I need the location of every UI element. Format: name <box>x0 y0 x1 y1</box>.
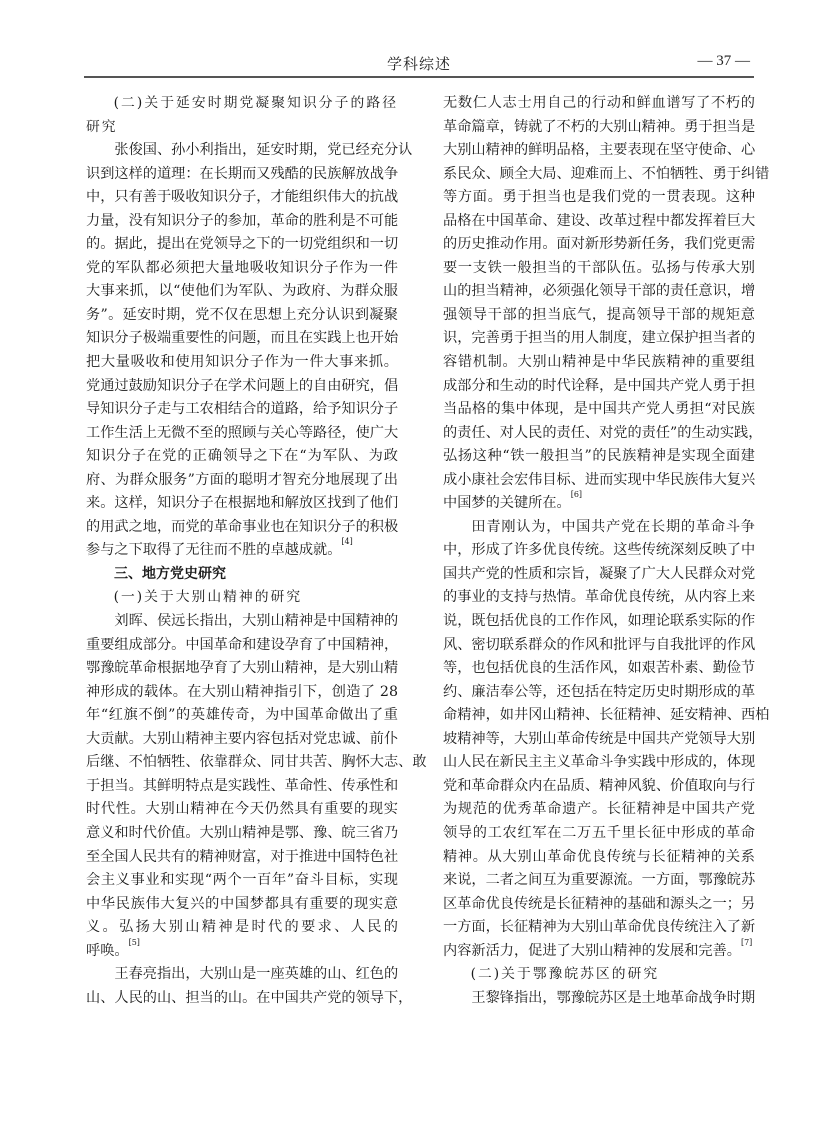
text-line: 知识分子在党的正确领导之下在“为军队、为政 <box>86 445 398 469</box>
text-line: 革命篇章，铸就了不朽的大别山精神。勇于担当是 <box>443 116 755 140</box>
text-line: 三、地方党史研究 <box>86 563 398 587</box>
page-header: 学科综述 — 37 — <box>84 0 754 78</box>
text-line: 约、廉洁奉公等，还包括在特定历史时期形成的革 <box>443 681 755 705</box>
section-heading: 三、地方党史研究 <box>86 563 398 587</box>
text-line: 弘扬这种“铁一般担当”的民族精神是实现全面建 <box>443 445 755 469</box>
text-line: 坡精神等，大别山革命传统是中国共产党领导大别 <box>443 728 755 752</box>
text-line: 工作生活上无微不至的照顾与关心等路径，使广大 <box>86 422 398 446</box>
text-line: 的用武之地，而党的革命事业也在知识分子的积极 <box>86 516 398 540</box>
text-line: 领导的工农红军在二万五千里长征中形成的革命 <box>443 822 755 846</box>
text-line: 山、人民的山、担当的山。在中国共产党的领导下， <box>86 987 398 1011</box>
text-line: 大事来抓，以“使他们为军队、为政府、为群众服 <box>86 280 398 304</box>
text-line: 意义和时代价值。大别山精神是鄂、豫、皖三省乃 <box>86 822 398 846</box>
text-line: 精神。从大别山革命优良传统与长征精神的关系 <box>443 846 755 870</box>
text-line: 把大量吸收和使用知识分子作为一件大事来抓。 <box>86 351 398 375</box>
text-line: 时代性。大别山精神在今天仍然具有重要的现实 <box>86 798 398 822</box>
text-line: 等，也包括优良的生活作风，如艰苦朴素、勤俭节 <box>443 657 755 681</box>
text-line: 刘晖、侯远长指出，大别山精神是中国精神的 <box>86 610 398 634</box>
left-column: (二)关于延安时期党凝聚知识分子的路径研究张俊国、孙小利指出，延安时期，党已经充… <box>86 92 398 1010</box>
text-line: 的。据此，提出在党领导之下的一切党组织和一切 <box>86 233 398 257</box>
text-line: 的责任、对人民的责任、对党的责任”的生动实践， <box>443 422 755 446</box>
text-line: 品格在中国革命、建设、改革过程中都发挥着巨大 <box>443 210 755 234</box>
text-line: 党通过鼓励知识分子在学术问题上的自由研究，倡 <box>86 375 398 399</box>
subsection-heading: (二)关于鄂豫皖苏区的研究 <box>443 963 755 987</box>
text-line: 的历史推动作用。面对新形势新任务，我们党更需 <box>443 233 755 257</box>
text-line: (一)关于大别山精神的研究 <box>86 586 398 610</box>
paragraph: 王春亮指出，大别山是一座英雄的山、红色的山、人民的山、担当的山。在中国共产党的领… <box>86 963 398 1010</box>
text-line: 府、为群众服务”方面的聪明才智充分地展现了出 <box>86 469 398 493</box>
paragraph: 王黎锋指出，鄂豫皖苏区是土地革命战争时期 <box>443 987 755 1011</box>
text-line: 中国梦的关键所在。[6] <box>443 492 755 516</box>
text-line: 识，完善勇于担当的用人制度，建立保护担当者的 <box>443 327 755 351</box>
text-line: 党的军队都必须把大量地吸收知识分子作为一件 <box>86 257 398 281</box>
text-line: 大别山精神的鲜明品格，主要表现在坚守使命、心 <box>443 139 755 163</box>
text-line: 国共产党的性质和宗旨，凝聚了广大人民群众对党 <box>443 563 755 587</box>
text-line: 无数仁人志士用自己的行动和鲜血谱写了不朽的 <box>443 92 755 116</box>
text-line: 张俊国、孙小利指出，延安时期，党已经充分认 <box>86 139 398 163</box>
text-line: 义。弘扬大别山精神是时代的要求、人民的 <box>86 916 398 940</box>
text-line: 知识分子极端重要性的问题，而且在实践上也开始 <box>86 327 398 351</box>
text-line: 来。这样，知识分子在根据地和解放区找到了他们 <box>86 492 398 516</box>
text-line: 内容新活力，促进了大别山精神的发展和完善。[7] <box>443 940 755 964</box>
text-line: 识到这样的道理：在长期而又残酷的民族解放战争 <box>86 163 398 187</box>
citation-marker: [7] <box>741 938 752 947</box>
text-line: 等方面。勇于担当也是我们党的一贯表现。这种 <box>443 186 755 210</box>
text-line: 王黎锋指出，鄂豫皖苏区是土地革命战争时期 <box>443 987 755 1011</box>
text-line: 导知识分子走与工农相结合的道路，给予知识分子 <box>86 398 398 422</box>
text-line: 神形成的载体。在大别山精神指引下，创造了 28 <box>86 681 398 705</box>
text-line: 王春亮指出，大别山是一座英雄的山、红色的 <box>86 963 398 987</box>
text-line: 中，形成了许多优良传统。这些传统深刻反映了中 <box>443 539 755 563</box>
text-line: 年“红旗不倒”的英雄传奇，为中国革命做出了重 <box>86 704 398 728</box>
text-line: (二)关于延安时期党凝聚知识分子的路径 <box>86 92 398 116</box>
text-line: 研究 <box>86 116 398 140</box>
text-line: 当品格的集中体现，是中国共产党人勇担“对民族 <box>443 398 755 422</box>
text-line: 要一支铁一般担当的干部队伍。弘扬与传承大别 <box>443 257 755 281</box>
text-line: 容错机制。大别山精神是中华民族精神的重要组 <box>443 351 755 375</box>
text-line: 呼唤。[5] <box>86 940 398 964</box>
subsection-heading: (二)关于延安时期党凝聚知识分子的路径研究 <box>86 92 398 139</box>
text-line: 强领导干部的担当底气，提高领导干部的规矩意 <box>443 304 755 328</box>
text-line: 党和革命群众内在品质、精神风貌、价值取向与行 <box>443 775 755 799</box>
text-line: 鄂豫皖革命根据地孕育了大别山精神，是大别山精 <box>86 657 398 681</box>
text-line: 务”。延安时期，党不仅在思想上充分认识到凝聚 <box>86 304 398 328</box>
paragraph: 刘晖、侯远长指出，大别山精神是中国精神的重要组成部分。中国革命和建设孕育了中国精… <box>86 610 398 963</box>
text-line: 山人民在新民主主义革命斗争实践中形成的，体现 <box>443 751 755 775</box>
text-line: 后继、不怕牺牲、依靠群众、同甘共苦、胸怀大志、敢 <box>86 751 398 775</box>
citation-marker: [4] <box>341 537 352 546</box>
text-line: 参与之下取得了无往而不胜的卓越成就。[4] <box>86 539 398 563</box>
text-line: 至全国人民共有的精神财富，对于推进中国特色社 <box>86 846 398 870</box>
citation-marker: [6] <box>571 490 582 499</box>
text-line: 一方面，长征精神为大别山革命优良传统注入了新 <box>443 916 755 940</box>
paragraph: 田青刚认为，中国共产党在长期的革命斗争中，形成了许多优良传统。这些传统深刻反映了… <box>443 516 755 963</box>
text-line: 于担当。其鲜明特点是实践性、革命性、传承性和 <box>86 775 398 799</box>
paragraph-continued: 无数仁人志士用自己的行动和鲜血谱写了不朽的革命篇章，铸就了不朽的大别山精神。勇于… <box>443 92 755 516</box>
text-line: 说，既包括优良的工作作风，如理论联系实际的作 <box>443 610 755 634</box>
text-line: 区革命优良传统是长征精神的基础和源头之一；另 <box>443 893 755 917</box>
text-line: 重要组成部分。中国革命和建设孕育了中国精神， <box>86 634 398 658</box>
text-line: 成小康社会宏伟目标、进而实现中华民族伟大复兴 <box>443 469 755 493</box>
text-line: 力量，没有知识分子的参加，革命的胜利是不可能 <box>86 210 398 234</box>
header-rule <box>84 76 754 78</box>
text-line: 成部分和生动的时代诠释，是中国共产党人勇于担 <box>443 375 755 399</box>
text-line: 来说，二者之间互为重要源流。一方面，鄂豫皖苏 <box>443 869 755 893</box>
text-line: 大贡献。大别山精神主要内容包括对党忠诚、前仆 <box>86 728 398 752</box>
text-line: 山的担当精神，必须强化领导干部的责任意识，增 <box>443 280 755 304</box>
text-line: 田青刚认为，中国共产党在长期的革命斗争 <box>443 516 755 540</box>
text-line: 中，只有善于吸收知识分子，才能组织伟大的抗战 <box>86 186 398 210</box>
text-line: 风、密切联系群众的作风和批评与自我批评的作风 <box>443 634 755 658</box>
text-line: 的事业的支持与热情。革命优良传统，从内容上来 <box>443 586 755 610</box>
paragraph: 张俊国、孙小利指出，延安时期，党已经充分认识到这样的道理：在长期而又残酷的民族解… <box>86 139 398 563</box>
page-number: — 37 — <box>698 53 751 70</box>
running-title: 学科综述 <box>84 53 754 74</box>
text-line: 系民众、顾全大局、迎难而上、不怕牺牲、勇于纠错 <box>443 163 755 187</box>
text-line: 会主义事业和实现“两个一百年”奋斗目标，实现 <box>86 869 398 893</box>
citation-marker: [5] <box>129 938 140 947</box>
text-line: 为规范的优秀革命遗产。长征精神是中国共产党 <box>443 798 755 822</box>
text-line: (二)关于鄂豫皖苏区的研究 <box>443 963 755 987</box>
text-line: 命精神，如井冈山精神、长征精神、延安精神、西柏 <box>443 704 755 728</box>
text-line: 中华民族伟大复兴的中国梦都具有重要的现实意 <box>86 893 398 917</box>
right-column: 无数仁人志士用自己的行动和鲜血谱写了不朽的革命篇章，铸就了不朽的大别山精神。勇于… <box>443 92 755 1010</box>
subsection-heading: (一)关于大别山精神的研究 <box>86 586 398 610</box>
